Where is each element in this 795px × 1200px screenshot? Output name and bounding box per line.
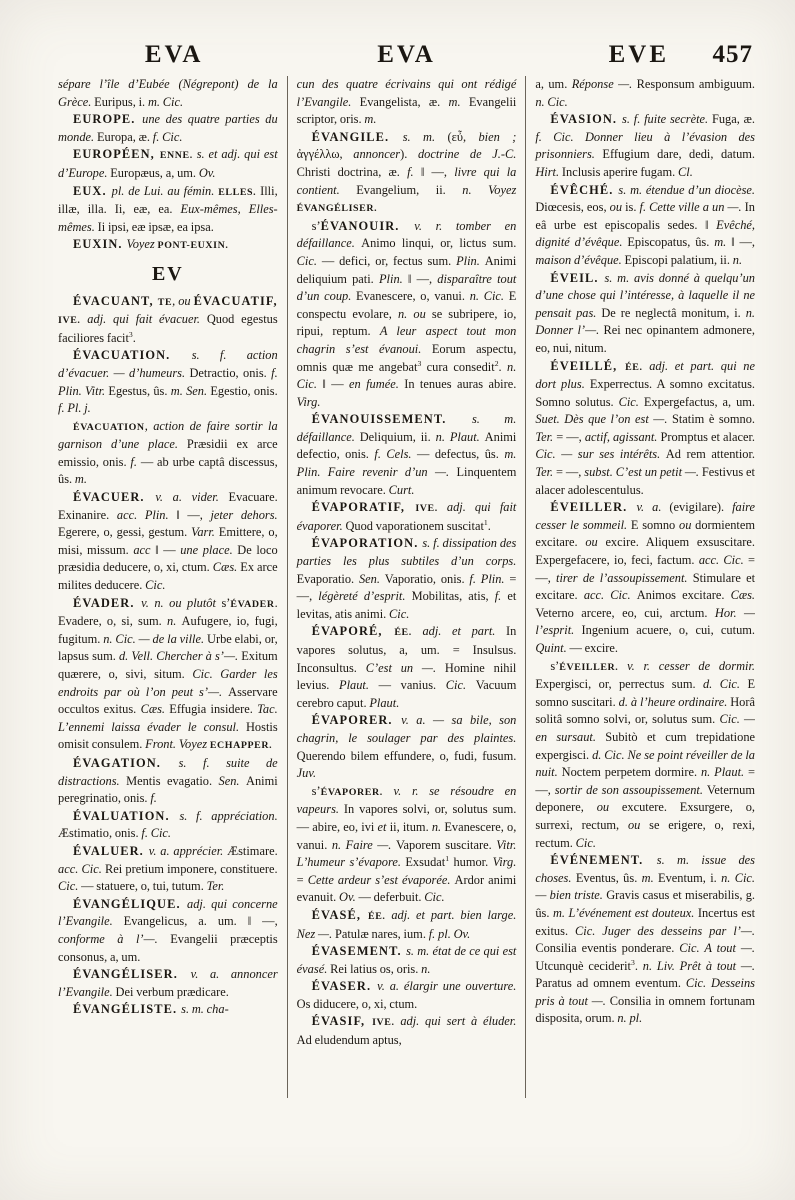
text-run: Cic. <box>424 890 444 904</box>
text-run: Evaporatio. <box>297 572 359 586</box>
text-run: is. <box>625 200 639 214</box>
text-run: Plin. <box>379 272 408 286</box>
header-cell-center: EVA <box>290 42 522 67</box>
dictionary-entry: ÉVACUANT, TE, ou ÉVACUATIF, IVE. adj. qu… <box>58 293 278 348</box>
text-run: en fumée. <box>349 377 404 391</box>
text-run: n. Cic. — de la ville. <box>103 632 207 646</box>
text-run: et <box>378 820 390 834</box>
text-run: Cic. <box>446 678 476 692</box>
text-run: ELLES. <box>218 187 260 198</box>
text-run: m. <box>449 95 469 109</box>
dictionary-page: EVA EVA EVE 457 sépare l’île d’Eubée (Né… <box>0 0 795 1200</box>
text-run: Evanescere, o, vanui. <box>356 289 470 303</box>
text-run: ÉVADER <box>230 599 274 610</box>
text-run: ÉVEILLER. <box>559 662 627 673</box>
text-run: Ii ipsi, eæ ipsæ, ea ipsa. <box>98 220 214 234</box>
text-run: Cl. <box>678 165 693 179</box>
text-run: = <box>297 873 308 887</box>
text-run: ÉVAPORER. <box>321 787 394 798</box>
text-run: ÉVANGÉLISER. <box>73 967 191 981</box>
text-run: annoncer <box>353 147 400 161</box>
column-2: cun des quatre écrivains qui ont rédigé … <box>287 76 526 1098</box>
text-run: adj. qui sert à éluder. <box>400 1014 516 1028</box>
text-run: acc. Plin. <box>117 508 176 522</box>
text-run: jeter dehors. <box>210 508 277 522</box>
dictionary-entry: ÉVANGÉLIQUE. adj. qui concerne l’Evangil… <box>58 896 278 966</box>
text-run: Cæs. <box>141 702 170 716</box>
text-run: Inclusis aperire fugam. <box>562 165 678 179</box>
text-run: Ter. <box>535 465 556 479</box>
text-run: Effugium dare, dedi, datum. <box>602 147 755 161</box>
text-run: . <box>635 959 643 973</box>
text-run: Consilia eventis ponderare. <box>535 941 679 955</box>
text-run: (evigilare). <box>669 500 732 514</box>
text-run: ἀγγέλλω, <box>297 147 354 161</box>
page-header: EVA EVA EVE 457 <box>58 42 755 67</box>
text-run: Dei verbum prædicare. <box>116 985 229 999</box>
text-run: tirer de l’assoupissement. <box>556 571 693 585</box>
text-run: f. pl. Ov. <box>429 927 471 941</box>
text-run: Æstimatio, onis. <box>58 826 141 840</box>
dictionary-entry: ÉVASER. v. a. élargir une ouverture. Os … <box>297 978 517 1013</box>
text-run: Episcopi palatium, ii. <box>625 253 733 267</box>
text-run: Europa, æ. <box>97 130 153 144</box>
text-run: Animo linqui, or, lictus sum. <box>361 236 516 250</box>
text-run: Ov. <box>339 890 358 904</box>
text-columns: sépare l’île d’Eubée (Négrepont) de la G… <box>58 76 755 1098</box>
text-run: ÉVASION. <box>550 112 622 126</box>
running-title-right: EVE <box>609 41 669 68</box>
running-title-center: EVA <box>377 41 436 68</box>
text-run: EUX. <box>73 184 112 198</box>
text-run: ). <box>400 147 418 161</box>
text-run: ‖ — <box>155 543 180 557</box>
dictionary-entry: ÉVAPORATIF, IVE. adj. qui fait évaporer.… <box>297 499 517 535</box>
text-run: Cic. <box>297 254 322 268</box>
text-run: ÉVALUER. <box>73 844 149 858</box>
text-run: IVE. <box>372 1017 400 1028</box>
text-run: s’ <box>312 784 321 798</box>
text-run: f. Cic. <box>141 826 171 840</box>
text-run: ÉVADER. <box>73 596 141 610</box>
text-run: Mentis evagatio. <box>126 774 218 788</box>
text-run: m. <box>75 472 87 486</box>
text-run: sortir de son assoupissement. <box>555 783 707 797</box>
text-run: Rei latius os, oris. <box>330 962 421 976</box>
text-run: Cic. <box>389 607 409 621</box>
text-run: s. f. appréciation. <box>179 809 277 823</box>
text-run: Cic. <box>145 578 165 592</box>
text-run: Sen. <box>359 572 385 586</box>
dictionary-entry: sépare l’île d’Eubée (Négrepont) de la G… <box>58 76 278 111</box>
text-run: Mobilitas, atis, <box>412 589 495 603</box>
text-run: — defici, or, fectus sum. <box>322 254 456 268</box>
text-run: ii, itum. <box>390 820 432 834</box>
text-run: ‖ —, <box>176 508 210 522</box>
dictionary-entry: s’ÉVANOUIR. v. r. tomber en défaillance.… <box>297 218 517 412</box>
text-run: Plin. <box>456 254 485 268</box>
text-run: Ad rem attentior. <box>666 447 755 461</box>
text-run: — statuere, o, tui, tutum. <box>81 879 207 893</box>
text-run: ou <box>610 200 625 214</box>
text-run: — defectus, ûs. <box>417 447 504 461</box>
text-run: Sen. <box>219 774 246 788</box>
text-run: Quod vaporationem suscitat <box>345 519 483 533</box>
text-run: d. Vell. Chercher à s’—. <box>119 649 241 663</box>
text-run: Exsudat <box>405 855 445 869</box>
text-run: ou <box>585 535 605 549</box>
dictionary-entry: ÉVAPORÉ, ÉE. adj. et part. In vapores so… <box>297 623 517 712</box>
text-run: ÉE. <box>368 911 391 922</box>
text-run: Cæs. <box>731 588 755 602</box>
text-run: ÉVANOUIR. <box>321 219 415 233</box>
text-run: Cic. A tout —. <box>679 941 755 955</box>
text-run: — excire. <box>569 641 618 655</box>
text-run: ÉVACUATION. <box>73 348 192 362</box>
dictionary-entry: ÉVACUATION. s. f. action d’évacuer. — d’… <box>58 347 278 417</box>
text-run: IVE. <box>415 503 447 514</box>
dictionary-entry: ÉVASION. s. f. fuite secrète. Fuga, æ. f… <box>535 111 755 181</box>
text-run: Juv. <box>297 766 316 780</box>
text-run: m. <box>642 871 658 885</box>
text-run: ENNE. <box>160 150 197 161</box>
text-run: n. Cic. <box>535 95 567 109</box>
header-cell-left: EVA <box>58 42 290 67</box>
text-run: acc. Cic. <box>584 588 637 602</box>
text-run: Suet. Dès que l’on est —. <box>535 412 672 426</box>
header-cell-right: EVE 457 <box>523 42 755 67</box>
text-run: ÉVANGÉLISTE. <box>73 1002 181 1016</box>
text-run: Vaporem suscitare. <box>396 838 496 852</box>
text-run: Cic. <box>576 836 596 850</box>
text-run: acc. Cic. <box>58 862 105 876</box>
text-run: s. m. étendue d’un diocèse. <box>618 183 755 197</box>
text-run: PONT-EUXIN. <box>158 240 229 251</box>
text-run: Fuga, æ. <box>712 112 755 126</box>
text-run: ÉVÉNEMENT. <box>550 853 656 867</box>
dictionary-entry: EUXIN. Voyez PONT-EUXIN. <box>58 236 278 255</box>
text-run: f. Cels. <box>374 447 417 461</box>
text-run: humor. <box>449 855 493 869</box>
text-run: Euripus, i. <box>94 95 148 109</box>
text-run: IVE. <box>58 315 87 326</box>
text-run: ÉVAGATION. <box>73 756 179 770</box>
text-run: (εὖ, <box>447 130 478 144</box>
text-run: . <box>499 360 508 374</box>
text-run: n. Plaut. <box>701 765 748 779</box>
text-run: acc <box>133 543 155 557</box>
text-run: ÉE. <box>625 362 649 373</box>
text-run: ou <box>628 818 649 832</box>
text-run: n. <box>421 962 430 976</box>
text-run: Expergefactus, a, um. <box>644 395 755 409</box>
text-run: De re neglectâ monitum, i. <box>601 306 745 320</box>
text-run: doctrine de J.-C. <box>418 147 516 161</box>
text-run: n. Liv. Prêt à tout —. <box>643 959 755 973</box>
text-run: n. Cic. <box>470 289 509 303</box>
text-run: f. <box>407 165 421 179</box>
text-run: maison d’évêque. <box>535 253 624 267</box>
text-run: Expergisci, or, perrectus sum. <box>535 677 703 691</box>
text-run: TE <box>158 297 172 308</box>
text-run: ‖ —, <box>408 272 437 286</box>
text-run: Egerere, o, gessi, gestum. <box>58 525 191 539</box>
text-run: EUROPÉEN, <box>73 147 160 161</box>
text-run: Ad eludendum aptus, <box>297 1033 402 1047</box>
text-run: ECHAPPER. <box>210 740 272 751</box>
text-run: cura consedit <box>421 360 494 374</box>
running-title-left: EVA <box>145 41 204 68</box>
text-run: Responsum ambiguum. <box>637 77 755 91</box>
text-run: Diœcesis, eos, <box>535 200 609 214</box>
text-run: ÉVACUER. <box>73 490 155 504</box>
text-run: conforme à l’—. <box>58 932 170 946</box>
text-run: Christi doctrina, æ. <box>297 165 407 179</box>
dictionary-entry: ÉVEILLÉ, ÉE. adj. et part. qui ne dort p… <box>535 358 755 500</box>
text-run: Querendo bilem effundere, o, fudi, fusum… <box>297 749 517 763</box>
text-run: Cic. <box>58 879 81 893</box>
column-1: sépare l’île d’Eubée (Négrepont) de la G… <box>58 76 287 1098</box>
text-run: Patulæ nares, ium. <box>335 927 429 941</box>
text-run: Ter. <box>535 430 556 444</box>
text-run: pl. de Lui. au fémin. <box>112 184 219 198</box>
text-run: Deliquium, ii. <box>360 430 436 444</box>
dictionary-entry: a, um. Réponse —. Responsum ambiguum. n.… <box>535 76 755 111</box>
dictionary-entry: ÉVAPORER. v. a. — sa bile, son chagrin, … <box>297 712 517 782</box>
text-run: n. Faire —. <box>332 838 396 852</box>
text-run: v. a. élargir une ouverture. <box>377 979 516 993</box>
text-run: v. a. vider. <box>155 490 228 504</box>
text-run: Plaut. <box>369 696 399 710</box>
text-run: f. Pl. j. <box>58 401 91 415</box>
text-run: f. <box>150 791 157 805</box>
text-run: m. Sen. <box>171 384 211 398</box>
text-run: = —, <box>556 430 585 444</box>
text-run: ÉVEILLÉ, <box>550 359 625 373</box>
text-run: n. Voyez <box>462 183 516 197</box>
text-run: Cic. <box>619 395 644 409</box>
text-run: Animos excitare. <box>637 588 731 602</box>
text-run: Ingenium acuere, o, cui, cutum. <box>582 623 756 637</box>
dictionary-entry: s’ÉVAPORER. v. r. se résoudre en vapeurs… <box>297 783 517 907</box>
text-run: v. a. <box>636 500 669 514</box>
dictionary-entry: ÉVACUATION, action de faire sortir la ga… <box>58 418 278 489</box>
text-run: Quint. <box>535 641 569 655</box>
text-run: ÉVAPORATIF, <box>312 500 416 514</box>
text-run: Æstimare. <box>227 844 278 858</box>
text-run: acc. Cic. <box>699 553 748 567</box>
text-run: EUROPE. <box>73 112 142 126</box>
text-run: n. pl. <box>617 1011 642 1025</box>
text-run: ‖ — <box>322 377 349 391</box>
dictionary-entry: ÉVACUER. v. a. vider. Evacuare. Exinanir… <box>58 489 278 595</box>
text-run: d. Cic. <box>703 677 747 691</box>
text-run: ÉVAPORÉ, <box>312 624 395 638</box>
text-run: n. Plaut. <box>436 430 485 444</box>
text-run: f. <box>130 455 140 469</box>
text-run: s’ <box>550 659 559 673</box>
text-run: Virg. <box>297 395 321 409</box>
dictionary-entry: ÉVAGATION. s. f. suite de distractions. … <box>58 755 278 808</box>
text-run: Noctem perpetem dormire. <box>562 765 701 779</box>
text-run: In tenues auras abire. <box>404 377 516 391</box>
text-run: m. Cic. <box>148 95 183 109</box>
text-run: m. L’événement est douteux. <box>553 906 698 920</box>
text-run: ÉVANGILE. <box>312 130 403 144</box>
text-run: ÉVACUANT, <box>73 294 158 308</box>
text-run: Cæs. <box>213 560 240 574</box>
text-run: E somno <box>631 518 679 532</box>
text-run: ÉVANGÉLISER. <box>297 203 378 214</box>
text-run: Statim è somno. <box>672 412 755 426</box>
text-run: Egestus, ûs. <box>108 384 170 398</box>
text-run: bien ; <box>478 130 516 144</box>
text-run: Paratus ad omnem eventum. <box>535 976 685 990</box>
text-run: ÉVAPORATION. <box>312 536 423 550</box>
section-heading: EV <box>58 266 278 284</box>
text-run: v. a. apprécier. <box>149 844 227 858</box>
dictionary-entry: ÉVASÉ, ÉE. adj. et part. bien large. Nez… <box>297 907 517 943</box>
text-run: légèreté d’esprit. <box>318 589 411 603</box>
text-run: ou <box>597 800 622 814</box>
text-run: Effugia insidere. <box>169 702 257 716</box>
text-run: ÉVANGÉLIQUE. <box>73 897 187 911</box>
text-run: v. n. ou plutôt <box>141 596 221 610</box>
page-number: 457 <box>712 42 753 67</box>
dictionary-entry: ÉVANGÉLISTE. s. m. cha- <box>58 1001 278 1019</box>
dictionary-entry: s’ÉVEILLER. v. r. cesser de dormir. Expe… <box>535 658 755 853</box>
text-run: C’est un —. <box>366 661 445 675</box>
text-run: ÉVACUATION <box>73 422 145 433</box>
text-run: Eventum, i. <box>658 871 721 885</box>
text-run: f. Plin. <box>469 572 509 586</box>
text-run: f. <box>495 589 508 603</box>
dictionary-entry: ÉVÊCHÉ. s. m. étendue d’un diocèse. Diœc… <box>535 182 755 270</box>
dictionary-entry: ÉVEIL. s. m. avis donné à quelqu’un d’un… <box>535 270 755 358</box>
text-run: ÉVÊCHÉ. <box>550 183 618 197</box>
text-run: = —, <box>556 465 584 479</box>
text-run: ÉVANOUISSEMENT. <box>312 412 472 426</box>
text-run: Rei pretium imponere, constituere. <box>105 862 278 876</box>
dictionary-entry: ÉVADER. v. n. ou plutôt s’ÉVADER. Evader… <box>58 595 278 755</box>
text-run: Promptus et alacer. <box>660 430 755 444</box>
text-run: ÉVASÉ, <box>312 908 368 922</box>
text-run: adj. qui fait évacuer. <box>87 312 207 326</box>
dictionary-entry: cun des quatre écrivains qui ont rédigé … <box>297 76 517 129</box>
text-run: s. m. <box>403 130 448 144</box>
text-run: Varr. <box>191 525 219 539</box>
text-run: f. Cette ville a un —. <box>640 200 745 214</box>
text-run: n. ou <box>398 307 432 321</box>
text-run: Os diducere, o, xi, ctum. <box>297 997 418 1011</box>
text-run: ÉVASEMENT. <box>312 944 406 958</box>
text-run: s’ <box>312 219 321 233</box>
text-run: f. Cic. <box>153 130 183 144</box>
text-run: ÉVEIL. <box>550 271 604 285</box>
dictionary-entry: EUROPE. une des quatre parties du monde.… <box>58 111 278 146</box>
text-run: m. <box>364 112 376 126</box>
text-run: Front. Voyez <box>145 737 210 751</box>
text-run: Cette ardeur s’est évaporée. <box>308 873 455 887</box>
text-run: Hirt. <box>535 165 562 179</box>
dictionary-entry: ÉVALUER. v. a. apprécier. Æstimare. acc.… <box>58 843 278 896</box>
text-run: Cic. Juger des desseins par l’—. <box>575 924 755 938</box>
text-run: Réponse —. <box>572 77 637 91</box>
text-run: Ter. <box>207 879 225 893</box>
text-run: — vanius. <box>379 678 446 692</box>
text-run: a, um. <box>535 77 571 91</box>
text-run: EUXIN. <box>73 237 127 251</box>
text-run: m. <box>714 235 731 249</box>
dictionary-entry: ÉVASIF, IVE. adj. qui sert à éluder. Ad … <box>297 1013 517 1049</box>
text-run: ou <box>679 518 695 532</box>
dictionary-entry: ÉVÉNEMENT. s. m. issue des choses. Event… <box>535 852 755 1028</box>
text-run: s. m. cha- <box>181 1002 229 1016</box>
text-run: Detractio, onis. <box>189 366 271 380</box>
dictionary-entry: ÉVANGÉLISER. v. a. annoncer l’Evangile. … <box>58 966 278 1001</box>
text-run: n. <box>167 614 182 628</box>
dictionary-entry: ÉVANGILE. s. m. (εὖ, bien ; ἀγγέλλω, ann… <box>297 129 517 218</box>
text-run: Utcunquè ceciderit <box>535 959 631 973</box>
text-run: subst. C’est un petit —. <box>584 465 702 479</box>
text-run: ÉVAPORER. <box>312 713 401 727</box>
text-run: Curt. <box>389 483 415 497</box>
dictionary-entry: ÉVEILLER. v. a. (evigilare). faire cesse… <box>535 499 755 657</box>
text-run: d. à l’heure ordinaire. <box>619 695 731 709</box>
dictionary-entry: ÉVALUATION. s. f. appréciation. Æstimati… <box>58 808 278 843</box>
text-run: ÉVASIF, <box>312 1014 372 1028</box>
dictionary-entry: EUROPÉEN, ENNE. s. et adj. qui est d’Eur… <box>58 146 278 182</box>
text-run: Ov. <box>199 166 216 180</box>
text-run: ÉE. <box>394 627 422 638</box>
text-run: Evangelista, æ. <box>360 95 449 109</box>
text-run: ‖ —, <box>421 165 454 179</box>
text-run: n. <box>733 253 742 267</box>
text-run: s. f. fuite secrète. <box>622 112 712 126</box>
text-run: . <box>488 519 491 533</box>
text-run: ÉVEILLER. <box>550 500 636 514</box>
text-run: Episcopatus, ûs. <box>627 235 714 249</box>
text-run: adj. et part. <box>422 624 506 638</box>
text-run: Veterno arcere, eo, cui, arctum. <box>535 606 715 620</box>
text-run: Evangelicus, a. um. ‖ —, <box>124 914 278 928</box>
text-run: Europæus, a, um. <box>110 166 199 180</box>
text-run: — deferbuit. <box>358 890 424 904</box>
text-run: Egestio, onis. <box>210 384 277 398</box>
text-run: Plaut. <box>339 678 379 692</box>
text-run: ÉVALUATION. <box>73 809 179 823</box>
text-run: une place. <box>180 543 237 557</box>
text-run: Evangelium, ii. <box>356 183 462 197</box>
text-run: ÉVACUATIF, <box>194 294 278 308</box>
text-run: ‖ —, <box>731 235 755 249</box>
text-run: , ou <box>172 294 193 308</box>
text-run: . <box>133 331 136 345</box>
text-run: Voyez <box>127 237 158 251</box>
column-3: a, um. Réponse —. Responsum ambiguum. n.… <box>525 76 755 1098</box>
dictionary-entry: EUX. pl. de Lui. au fémin. ELLES. Illi, … <box>58 183 278 237</box>
text-run: v. r. cesser de dormir. <box>627 659 755 673</box>
dictionary-entry: ÉVASEMENT. s. m. état de ce qui est évas… <box>297 943 517 978</box>
text-run: Virg. <box>493 855 517 869</box>
text-run: Vaporatio, onis. <box>385 572 470 586</box>
text-run: ÉVASER. <box>312 979 377 993</box>
text-run: Eventus, ûs. <box>576 871 642 885</box>
text-run: actif, agissant. <box>585 430 661 444</box>
text-run: n. <box>432 820 444 834</box>
dictionary-entry: ÉVAPORATION. s. f. dissipation des parti… <box>297 535 517 623</box>
text-run: Cic. — sur ses intérêts. <box>535 447 665 461</box>
